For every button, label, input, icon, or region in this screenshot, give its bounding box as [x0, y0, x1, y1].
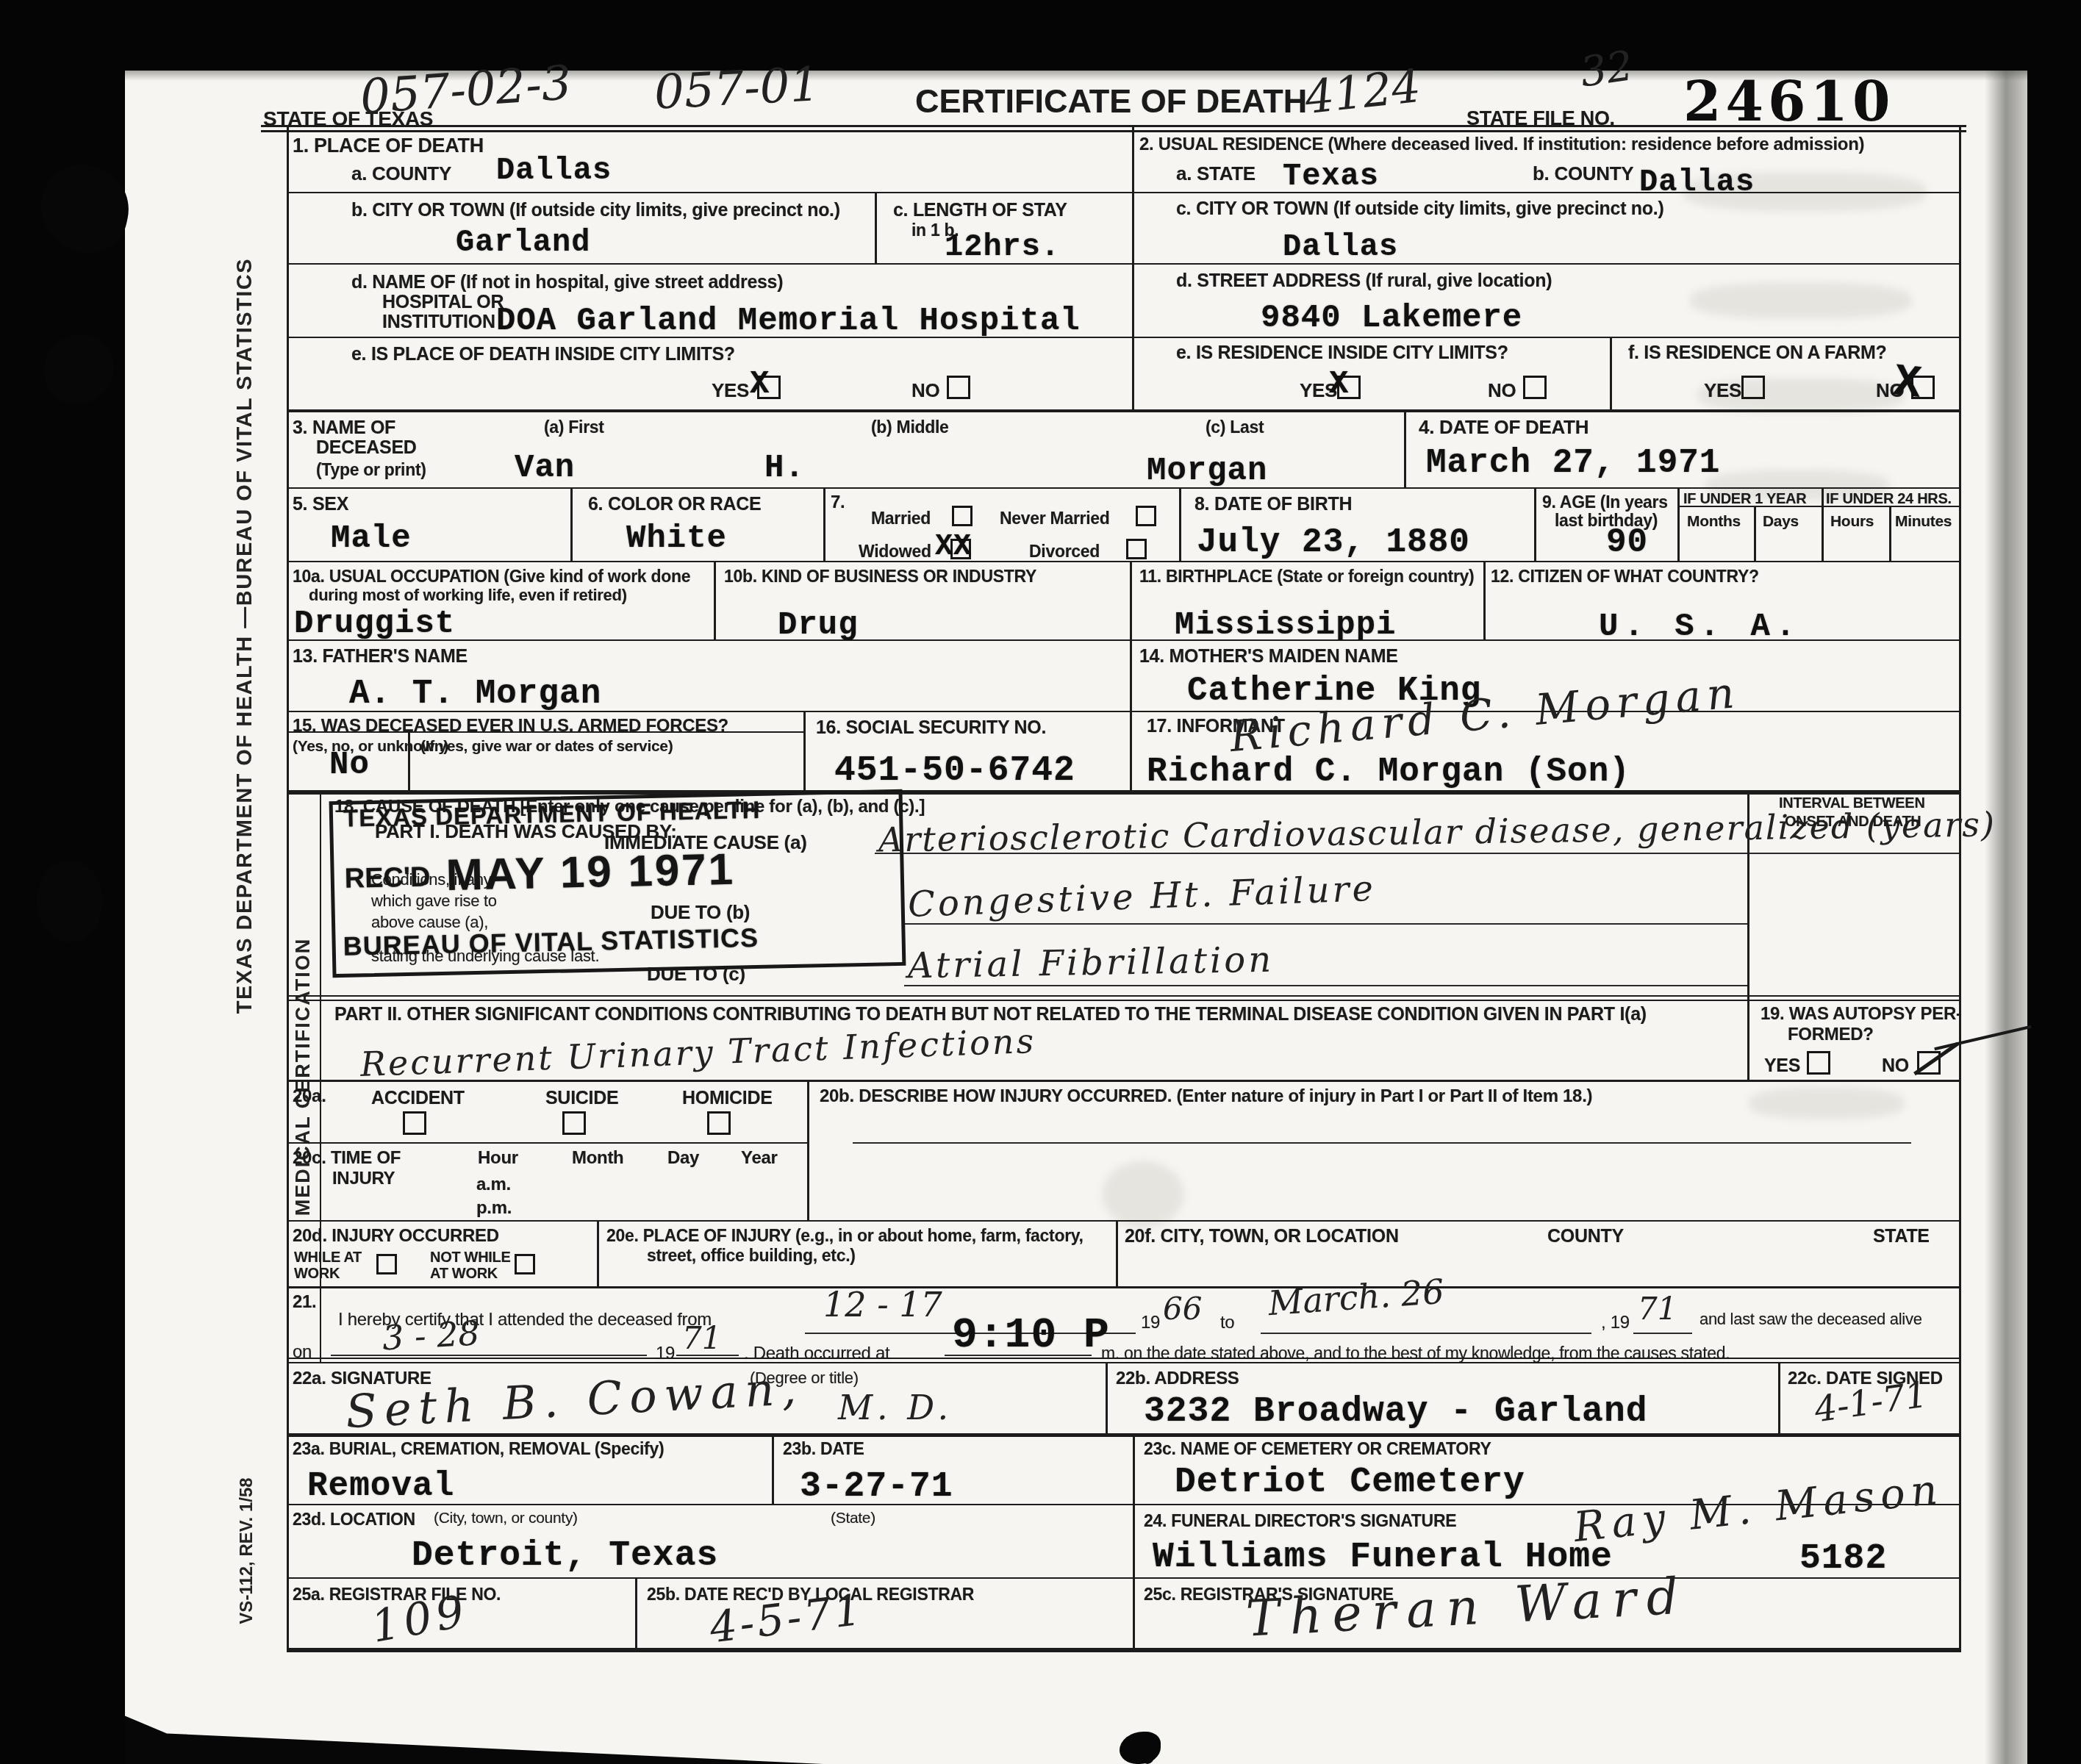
field-20d-while-label2: WORK [294, 1266, 340, 1283]
field-1e-yes-label: YES [712, 379, 749, 402]
handwritten-number-32: 32 [1577, 42, 1636, 96]
field-23a-value: Removal [307, 1467, 454, 1505]
field-21-on-label: on [293, 1342, 312, 1363]
rule [287, 1433, 1959, 1437]
field-5-value: Male [331, 520, 412, 557]
rule [261, 125, 1966, 127]
field-20c-year-label: Year [741, 1148, 778, 1169]
rule [803, 711, 806, 792]
rule [1959, 125, 1961, 1652]
field-9-under-24-label: IF UNDER 24 HRS. [1826, 491, 1952, 508]
field-21-on-date: 3 - 28 [382, 1313, 481, 1358]
field-19-label2: FORMED? [1788, 1025, 1874, 1045]
field-13-value: A. T. Morgan [349, 675, 601, 713]
field-2e-no-checkbox [1523, 376, 1547, 399]
field-9-days-label: Days [1763, 513, 1799, 531]
field-20c-label1: 20c. TIME OF [293, 1148, 401, 1169]
field-20c-hour-label: Hour [478, 1148, 518, 1169]
field-2-title: 2. USUAL RESIDENCE (Where deceased lived… [1139, 135, 1864, 155]
field-12-value: U. S. A. [1599, 609, 1801, 645]
field-20a-accident-checkbox [403, 1111, 426, 1135]
field-20a-label: 20a. [293, 1086, 326, 1107]
field-2b-value: Dallas [1639, 165, 1755, 200]
field-13-label: 13. FATHER'S NAME [293, 646, 468, 667]
field-19-label1: 19. WAS AUTOPSY PER- [1761, 1004, 1962, 1025]
rule [1534, 487, 1536, 562]
field-6-label: 6. COLOR OR RACE [588, 494, 762, 515]
field-2e-yes-mark: X [1329, 366, 1349, 403]
field-20d-notwhile-checkbox [515, 1254, 535, 1274]
field-2f-label: f. IS RESIDENCE ON A FARM? [1628, 343, 1886, 364]
field-23c-label: 23c. NAME OF CEMETERY OR CREMATORY [1144, 1439, 1491, 1459]
field-23a-label: 23a. BURIAL, CREMATION, REMOVAL (Specify… [293, 1439, 664, 1459]
margin-department-text: TEXAS DEPARTMENT OF HEALTH —BUREAU OF VI… [233, 258, 257, 1014]
rule [287, 409, 1959, 412]
field-20f-label: 20f. CITY, TOWN, OR LOCATION [1125, 1226, 1399, 1247]
field-19-yes-checkbox [1807, 1051, 1830, 1075]
rule [635, 1577, 637, 1649]
field-1b-value: Garland [456, 225, 590, 260]
field-20d-notwhile-label1: NOT WHILE [430, 1249, 511, 1266]
field-2f-no-mark: X [1891, 356, 1924, 411]
scan-streak [1985, 71, 2027, 1764]
field-2a-label: a. STATE [1176, 162, 1256, 185]
rule [287, 125, 289, 1652]
field-15-label: 15. WAS DECEASED EVER IN U.S. ARMED FORC… [293, 716, 728, 736]
rule [287, 1220, 1959, 1222]
field-7-widowed-mark: XX [935, 531, 972, 564]
field-7-widowed-label: Widowed [859, 542, 931, 562]
field-21-year-a: 66 [1163, 1291, 1202, 1327]
field-20e-label2: street, office building, etc.) [647, 1246, 856, 1266]
field-21-pre-year-b: , 19 [1601, 1313, 1630, 1333]
rule [261, 130, 1966, 132]
rule [1106, 1363, 1108, 1435]
field-20d-while-checkbox [376, 1254, 397, 1274]
field-3-middle-value: H. [764, 450, 805, 487]
field-23d-label: 23d. LOCATION [293, 1510, 415, 1530]
rule [287, 487, 1959, 489]
field-18-cause-c-value: Atrial Fibrillation [908, 939, 1275, 987]
rule [1754, 506, 1756, 562]
field-21-pre-year-a: 19 [1141, 1313, 1160, 1333]
field-10a-label2: during most of working life, even if ret… [309, 586, 627, 605]
writing-line [1633, 1333, 1692, 1334]
rule [287, 561, 1959, 562]
rule [1889, 506, 1891, 562]
field-9-hours-label: Hours [1830, 513, 1874, 531]
field-2a-value: Texas [1283, 159, 1379, 194]
rule [772, 1433, 774, 1505]
field-1d-label3: INSTITUTION [382, 312, 495, 333]
margin-form-code: VS-112, REV. 1/58 [237, 1477, 257, 1624]
field-2e-label: e. IS RESIDENCE INSIDE CITY LIMITS? [1176, 343, 1508, 364]
field-4-label: 4. DATE OF DEATH [1419, 416, 1588, 439]
field-1e-label: e. IS PLACE OF DEATH INSIDE CITY LIMITS? [351, 344, 735, 365]
rule [287, 263, 1959, 265]
margin-medical-certification-text: MEDICAL CERTIFICATION [292, 938, 315, 1216]
field-1e-no-checkbox [947, 376, 970, 399]
field-24-number: 5182 [1799, 1539, 1887, 1579]
field-20d-label: 20d. INJURY OCCURRED [293, 1226, 499, 1247]
field-7-divorced-label: Divorced [1029, 542, 1100, 562]
field-20a-accident-label: ACCIDENT [371, 1088, 465, 1109]
field-4-value: March 27, 1971 [1426, 444, 1720, 482]
rule [570, 487, 573, 562]
field-3-middle-label: (b) Middle [871, 417, 949, 437]
field-9-minutes-label: Minutes [1895, 513, 1952, 531]
rule [807, 1080, 809, 1222]
field-20b-label: 20b. DESCRIBE HOW INJURY OCCURRED. (Ente… [820, 1086, 1592, 1107]
field-22b-label: 22b. ADDRESS [1116, 1369, 1239, 1389]
field-20a-suicide-checkbox [562, 1111, 586, 1135]
field-3-first-label: (a) First [544, 417, 604, 437]
rule [287, 1142, 807, 1144]
rule [1404, 409, 1406, 489]
rule [823, 487, 825, 562]
field-21-label: 21. [293, 1292, 316, 1313]
field-20a-suicide-label: SUICIDE [545, 1088, 618, 1109]
rule [1610, 337, 1612, 411]
field-17-typed-value: Richard C. Morgan (Son) [1147, 753, 1630, 791]
field-21-death-occurred-label: . Death occurred at [744, 1344, 889, 1364]
field-1e-no-label: NO [911, 379, 939, 402]
field-7-married-label: Married [871, 509, 931, 528]
bleed-through [1691, 283, 1911, 318]
field-10b-label: 10b. KIND OF BUSINESS OR INDUSTRY [724, 567, 1036, 587]
field-22b-value: 3232 Broadway - Garland [1144, 1392, 1648, 1432]
stamp-line2: BUREAU OF VITAL STATISTICS [343, 922, 759, 962]
field-1d-value: DOA Garland Memorial Hospital [496, 303, 1081, 340]
field-1b-label: b. CITY OR TOWN (If outside city limits,… [351, 200, 840, 221]
writing-line [676, 1355, 739, 1356]
field-15-value: No [329, 747, 370, 784]
field-9-label1: 9. AGE (In years [1542, 492, 1668, 512]
field-2d-value: 9840 Lakemere [1261, 300, 1522, 337]
field-15-sub2: (If yes, give war or dates of service) [420, 738, 673, 756]
certificate-title: CERTIFICATE OF DEATH [915, 82, 1307, 121]
field-19-no-label: NO [1882, 1055, 1909, 1077]
rule [714, 561, 716, 641]
rule [1778, 1363, 1780, 1435]
field-1e-yes-mark: X [750, 366, 770, 403]
writing-line [331, 1355, 647, 1356]
field-2c-value: Dallas [1283, 229, 1398, 265]
field-7-label: 7. [831, 492, 845, 513]
field-3-label2: DECEASED [316, 437, 417, 459]
field-7-divorced-checkbox [1126, 539, 1147, 559]
field-23d-sub1: (City, town, or county) [434, 1510, 578, 1527]
writing-line [904, 923, 1747, 925]
writing-line [853, 1142, 1911, 1144]
rule [1483, 561, 1486, 641]
field-2d-label: d. STREET ADDRESS (If rural, give locati… [1176, 270, 1552, 292]
field-10a-value: Druggist [294, 606, 455, 642]
field-21-year-b: 71 [1638, 1291, 1677, 1327]
bleed-through [1103, 1161, 1183, 1227]
writing-line [945, 1355, 1092, 1356]
field-21-pre-year-c: 19 [656, 1344, 675, 1364]
received-stamp: TEXAS DEPARTMENT OF HEALTH REC'D MAY 19 … [329, 789, 906, 978]
field-2f-yes-label: YES [1704, 379, 1741, 402]
rule [1677, 487, 1680, 562]
field-20c-day-label: Day [667, 1148, 699, 1169]
field-18-interval-label2: ONSET AND DEATH [1785, 814, 1921, 831]
writing-line [1261, 1333, 1591, 1334]
handwritten-code-2: 057-01 [653, 57, 821, 121]
rule [287, 1000, 1959, 1001]
field-1a-label: a. COUNTY [351, 162, 451, 185]
field-16-value: 451-50-6742 [834, 751, 1075, 791]
scan-border-top [0, 0, 2081, 71]
ink-blot [1141, 1749, 1154, 1764]
field-23b-label: 23b. DATE [783, 1439, 864, 1459]
field-6-value: White [626, 520, 727, 557]
field-2b-label: b. COUNTY [1533, 162, 1633, 185]
field-1d-label: d. NAME OF (If not in hospital, give str… [351, 272, 783, 293]
field-18-interval-label1: INTERVAL BETWEEN [1779, 795, 1925, 812]
stamp-recd-label: REC'D [344, 861, 431, 894]
field-9-value: 90 [1606, 523, 1648, 562]
field-3-label3: (Type or print) [316, 460, 426, 480]
field-22a-degree-value: M. D. [838, 1388, 953, 1427]
field-20d-while-label1: WHILE AT [294, 1249, 362, 1266]
stamp-line1: TEXAS DEPARTMENT OF HEALTH [343, 796, 761, 833]
field-3-label1: 3. NAME OF [293, 417, 395, 439]
field-12-label: 12. CITIZEN OF WHAT COUNTRY? [1491, 567, 1759, 587]
field-19-yes-label: YES [1764, 1055, 1800, 1077]
writing-line [904, 985, 1747, 986]
field-3-last-label: (c) Last [1206, 417, 1264, 437]
field-14-label: 14. MOTHER'S MAIDEN NAME [1139, 646, 1398, 667]
field-9-under-year-label: IF UNDER 1 YEAR [1683, 491, 1806, 508]
field-20c-pm-label: p.m. [476, 1198, 512, 1219]
field-16-label: 16. SOCIAL SECURITY NO. [816, 717, 1046, 739]
field-20d-notwhile-label2: AT WORK [430, 1266, 498, 1283]
rule [597, 1220, 599, 1288]
field-5-label: 5. SEX [293, 494, 348, 515]
field-23d-sub2: (State) [831, 1510, 875, 1527]
field-9-months-label: Months [1687, 513, 1741, 531]
rule [1133, 1577, 1135, 1649]
field-20c-am-label: a.m. [476, 1175, 511, 1195]
field-7-never-married-label: Never Married [1000, 509, 1110, 528]
rule [287, 1577, 1959, 1579]
field-20f-state-label: STATE [1873, 1226, 1930, 1247]
field-23b-value: 3-27-71 [800, 1467, 953, 1507]
field-1-title: 1. PLACE OF DEATH [293, 135, 484, 157]
rule [1822, 487, 1824, 562]
field-7-never-married-checkbox [1136, 506, 1156, 526]
rule [287, 790, 1959, 795]
rule [287, 1286, 1959, 1288]
field-20c-month-label: Month [572, 1148, 623, 1169]
field-1c-value: 12hrs. [945, 229, 1060, 265]
field-24-value: Williams Funeral Home [1153, 1538, 1613, 1577]
field-2e-no-label: NO [1488, 379, 1516, 402]
death-certificate-scan: TEXAS DEPARTMENT OF HEALTH —BUREAU OF VI… [0, 0, 2081, 1764]
rule [1132, 125, 1134, 412]
rule [875, 192, 877, 265]
rule [1133, 1433, 1135, 1579]
field-11-value: Mississippi [1175, 607, 1396, 644]
rule [1130, 561, 1132, 792]
field-1d-label2: HOSPITAL OR [382, 292, 504, 313]
field-2f-yes-checkbox [1741, 376, 1765, 399]
field-8-value: July 23, 1880 [1197, 523, 1470, 562]
stamp-date: MAY 19 1971 [445, 844, 736, 900]
field-21-year-c: 71 [682, 1320, 721, 1356]
scan-border-right [2027, 0, 2081, 1764]
rule [287, 1648, 1961, 1652]
field-20f-county-label: COUNTY [1547, 1226, 1624, 1247]
field-20c-label2: INJURY [332, 1169, 395, 1189]
field-21-text2: and last saw the deceased alive [1699, 1310, 1922, 1329]
field-21-text3: m. on the date stated above, and to the … [1101, 1344, 1730, 1363]
field-10a-label1: 10a. USUAL OCCUPATION (Give kind of work… [293, 567, 690, 587]
field-11-label: 11. BIRTHPLACE (State or foreign country… [1139, 567, 1474, 587]
field-10b-value: Drug [778, 607, 859, 644]
field-24-label: 24. FUNERAL DIRECTOR'S SIGNATURE [1144, 1511, 1456, 1531]
field-3-last-value: Morgan [1147, 453, 1267, 490]
rule [287, 1080, 1959, 1082]
field-1a-value: Dallas [496, 153, 612, 188]
rule [1179, 487, 1181, 562]
field-23d-value: Detroit, Texas [412, 1536, 718, 1576]
field-20e-label1: 20e. PLACE OF INJURY (e.g., in or about … [606, 1226, 1084, 1246]
field-21-time-value: 9:10 P [952, 1312, 1110, 1360]
field-8-label: 8. DATE OF BIRTH [1194, 494, 1352, 515]
field-2c-label: c. CITY OR TOWN (If outside city limits,… [1176, 198, 1663, 220]
field-7-married-checkbox [952, 506, 973, 526]
field-21-from-date: 12 - 17 [823, 1285, 942, 1324]
field-3-first-value: Van [515, 450, 575, 487]
rule [287, 995, 1959, 997]
field-23c-value: Detriot Cemetery [1175, 1463, 1525, 1502]
scan-artifact [37, 860, 103, 942]
field-20a-homicide-label: HOMICIDE [682, 1088, 773, 1109]
field-21-to-label: to [1220, 1313, 1234, 1333]
field-1c-label: c. LENGTH OF STAY [893, 200, 1067, 221]
rule [1116, 1220, 1118, 1288]
field-20a-homicide-checkbox [707, 1111, 731, 1135]
bleed-through [1749, 1088, 1904, 1119]
